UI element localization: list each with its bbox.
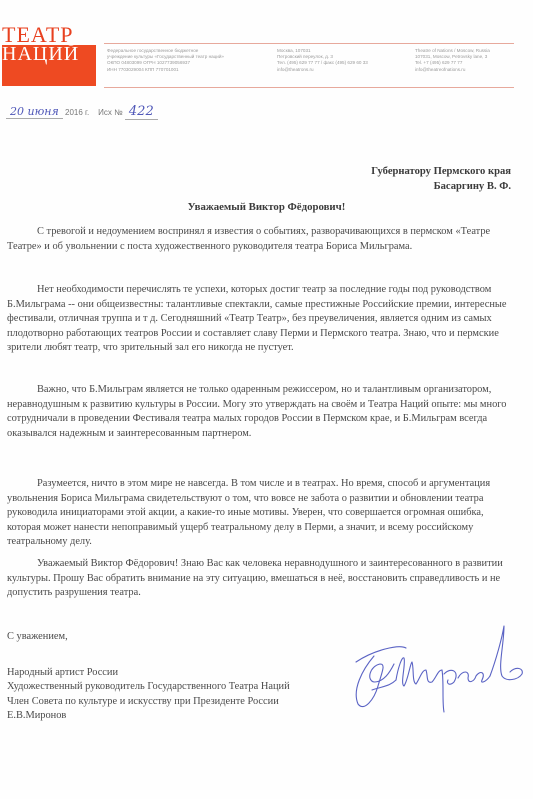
address-line: Тел. (495) 629 77 77 / факс (495) 629 60… — [277, 60, 368, 66]
signatory-title-3: Член Совета по культуре и искусству при … — [7, 695, 290, 709]
signatory-block: Народный артист России Художественный ру… — [7, 666, 290, 724]
body-paragraph: Уважаемый Виктор Фёдорович! Знаю Вас как… — [7, 557, 515, 601]
logo-word-teatr: ТЕАТР — [2, 25, 96, 45]
logo-red-block: НАЦИЙ — [2, 45, 96, 86]
body-paragraph: Нет необходимости перечислять те успехи,… — [7, 283, 515, 356]
body-paragraph: Важно, что Б.Мильграм является не только… — [7, 383, 515, 441]
letterhead-org-details: Федеральное государственное бюджетное уч… — [107, 48, 224, 73]
letterhead-top-rule — [104, 43, 514, 44]
address-line: info@theatrons.ru — [277, 67, 368, 73]
theatre-logo: ТЕАТР НАЦИЙ — [2, 25, 96, 86]
letter-page: ТЕАТР НАЦИЙ Федеральное государственное … — [0, 0, 533, 799]
reference-line: 20 июня 2016 г. Исх № 422 — [6, 104, 158, 120]
address-line: info@theatreofnations.ru — [415, 67, 490, 73]
letterhead-address-en: Theatre of Nations / Moscow, Russia 1070… — [415, 48, 490, 73]
letterhead-address-ru: Москва, 107031 Петровский переулок, д. 3… — [277, 48, 368, 73]
handwritten-outgoing-number: 422 — [125, 104, 158, 120]
signatory-title-1: Народный артист России — [7, 666, 290, 680]
year-label: 2016 г. — [65, 108, 89, 117]
letterhead-bottom-rule — [104, 87, 514, 88]
salutation: Уважаемый Виктор Фёдорович! — [0, 201, 533, 213]
signatory-name: Е.В.Миронов — [7, 709, 290, 723]
logo-word-natsiy: НАЦИЙ — [2, 45, 96, 63]
org-line: ИНН 7703029004 КПП 770701001 — [107, 67, 224, 73]
handwritten-signature-icon — [344, 620, 533, 720]
addressee-block: Губернатору Пермского края Басаргину В. … — [371, 164, 511, 194]
addressee-name: Басаргину В. Ф. — [371, 179, 511, 194]
closing-phrase: С уважением, — [7, 631, 68, 642]
body-paragraph: С тревогой и недоумением воспринял я изв… — [7, 225, 515, 254]
addressee-title: Губернатору Пермского края — [371, 164, 511, 179]
body-paragraph: Разумеется, ничто в этом мире не навсегд… — [7, 477, 515, 550]
signatory-title-2: Художественный руководитель Государствен… — [7, 680, 290, 694]
handwritten-date: 20 июня — [6, 105, 63, 119]
outgoing-label: Исх № — [98, 108, 123, 117]
